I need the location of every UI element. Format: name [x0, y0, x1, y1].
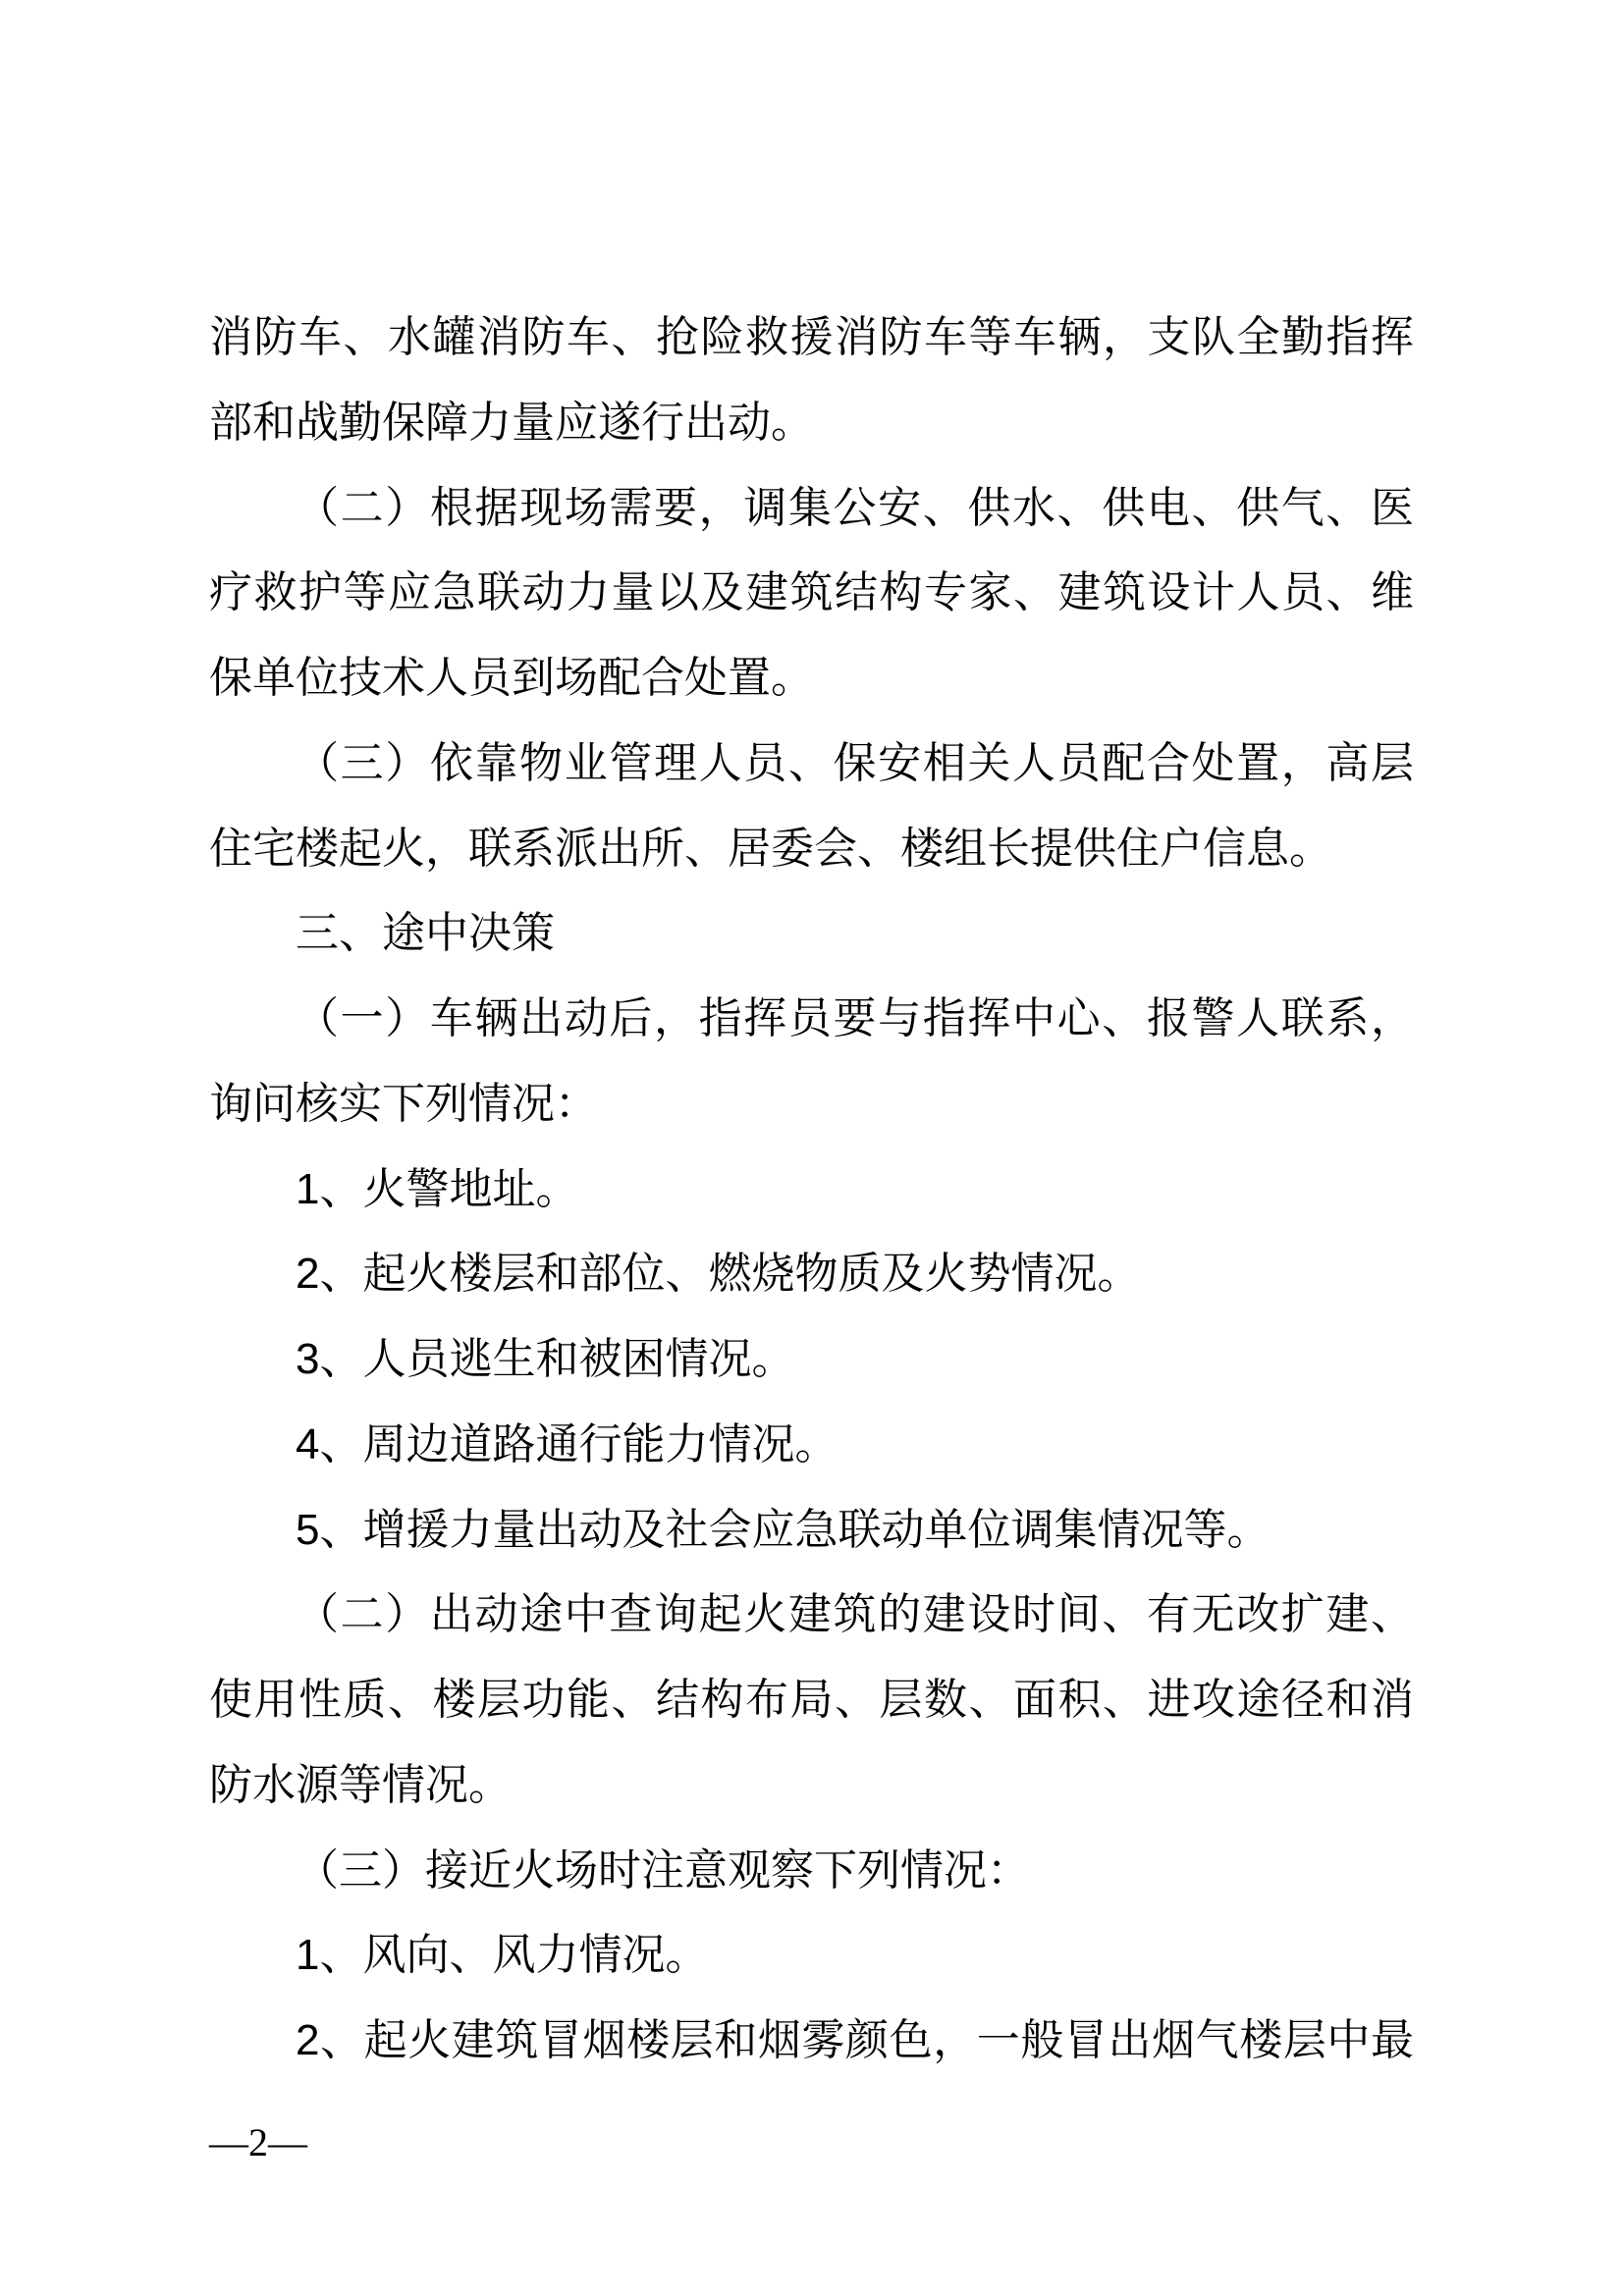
text-line: 1、火警地址。 [209, 1148, 1414, 1233]
text-line: 消防车、水罐消防车、抢险救援消防车等车辆，支队全勤指挥 [209, 295, 1414, 381]
text-line: 2、起火楼层和部位、燃烧物质及火势情况。 [209, 1232, 1414, 1317]
text-line: 询问核实下列情况： [209, 1062, 1414, 1148]
text-line: 三、途中决策 [209, 891, 1414, 977]
text-line: 防水源等情况。 [209, 1743, 1414, 1829]
text-line: 部和战勤保障力量应遂行出动。 [209, 381, 1414, 466]
text-line: （二）出动途中查询起火建筑的建设时间、有无改扩建、 [209, 1573, 1414, 1658]
document-page: 消防车、水罐消防车、抢险救援消防车等车辆，支队全勤指挥部和战勤保障力量应遂行出动… [0, 0, 1623, 2296]
text-line: 5、增援力量出动及社会应急联动单位调集情况等。 [209, 1488, 1414, 1574]
text-line: 住宅楼起火，联系派出所、居委会、楼组长提供住户信息。 [209, 807, 1414, 892]
text-line: （二）根据现场需要，调集公安、供水、供电、供气、医 [209, 466, 1414, 552]
text-line: 2、起火建筑冒烟楼层和烟雾颜色，一般冒出烟气楼层中最 [209, 1999, 1414, 2084]
text-line: （三）依靠物业管理人员、保安相关人员配合处置，高层 [209, 721, 1414, 807]
text-line: （一）车辆出动后，指挥员要与指挥中心、报警人联系， [209, 977, 1414, 1062]
text-line: 使用性质、楼层功能、结构布局、层数、面积、进攻途径和消 [209, 1658, 1414, 1743]
page-number: —2— [209, 2117, 307, 2168]
text-line: 1、风向、风力情况。 [209, 1913, 1414, 1999]
text-line: 4、周边道路通行能力情况。 [209, 1403, 1414, 1488]
text-line: 疗救护等应急联动力量以及建筑结构专家、建筑设计人员、维 [209, 551, 1414, 636]
text-line: （三）接近火场时注意观察下列情况： [209, 1829, 1414, 1914]
text-line: 保单位技术人员到场配合处置。 [209, 636, 1414, 721]
document-body: 消防车、水罐消防车、抢险救援消防车等车辆，支队全勤指挥部和战勤保障力量应遂行出动… [209, 295, 1414, 2084]
text-line: 3、人员逃生和被困情况。 [209, 1317, 1414, 1403]
